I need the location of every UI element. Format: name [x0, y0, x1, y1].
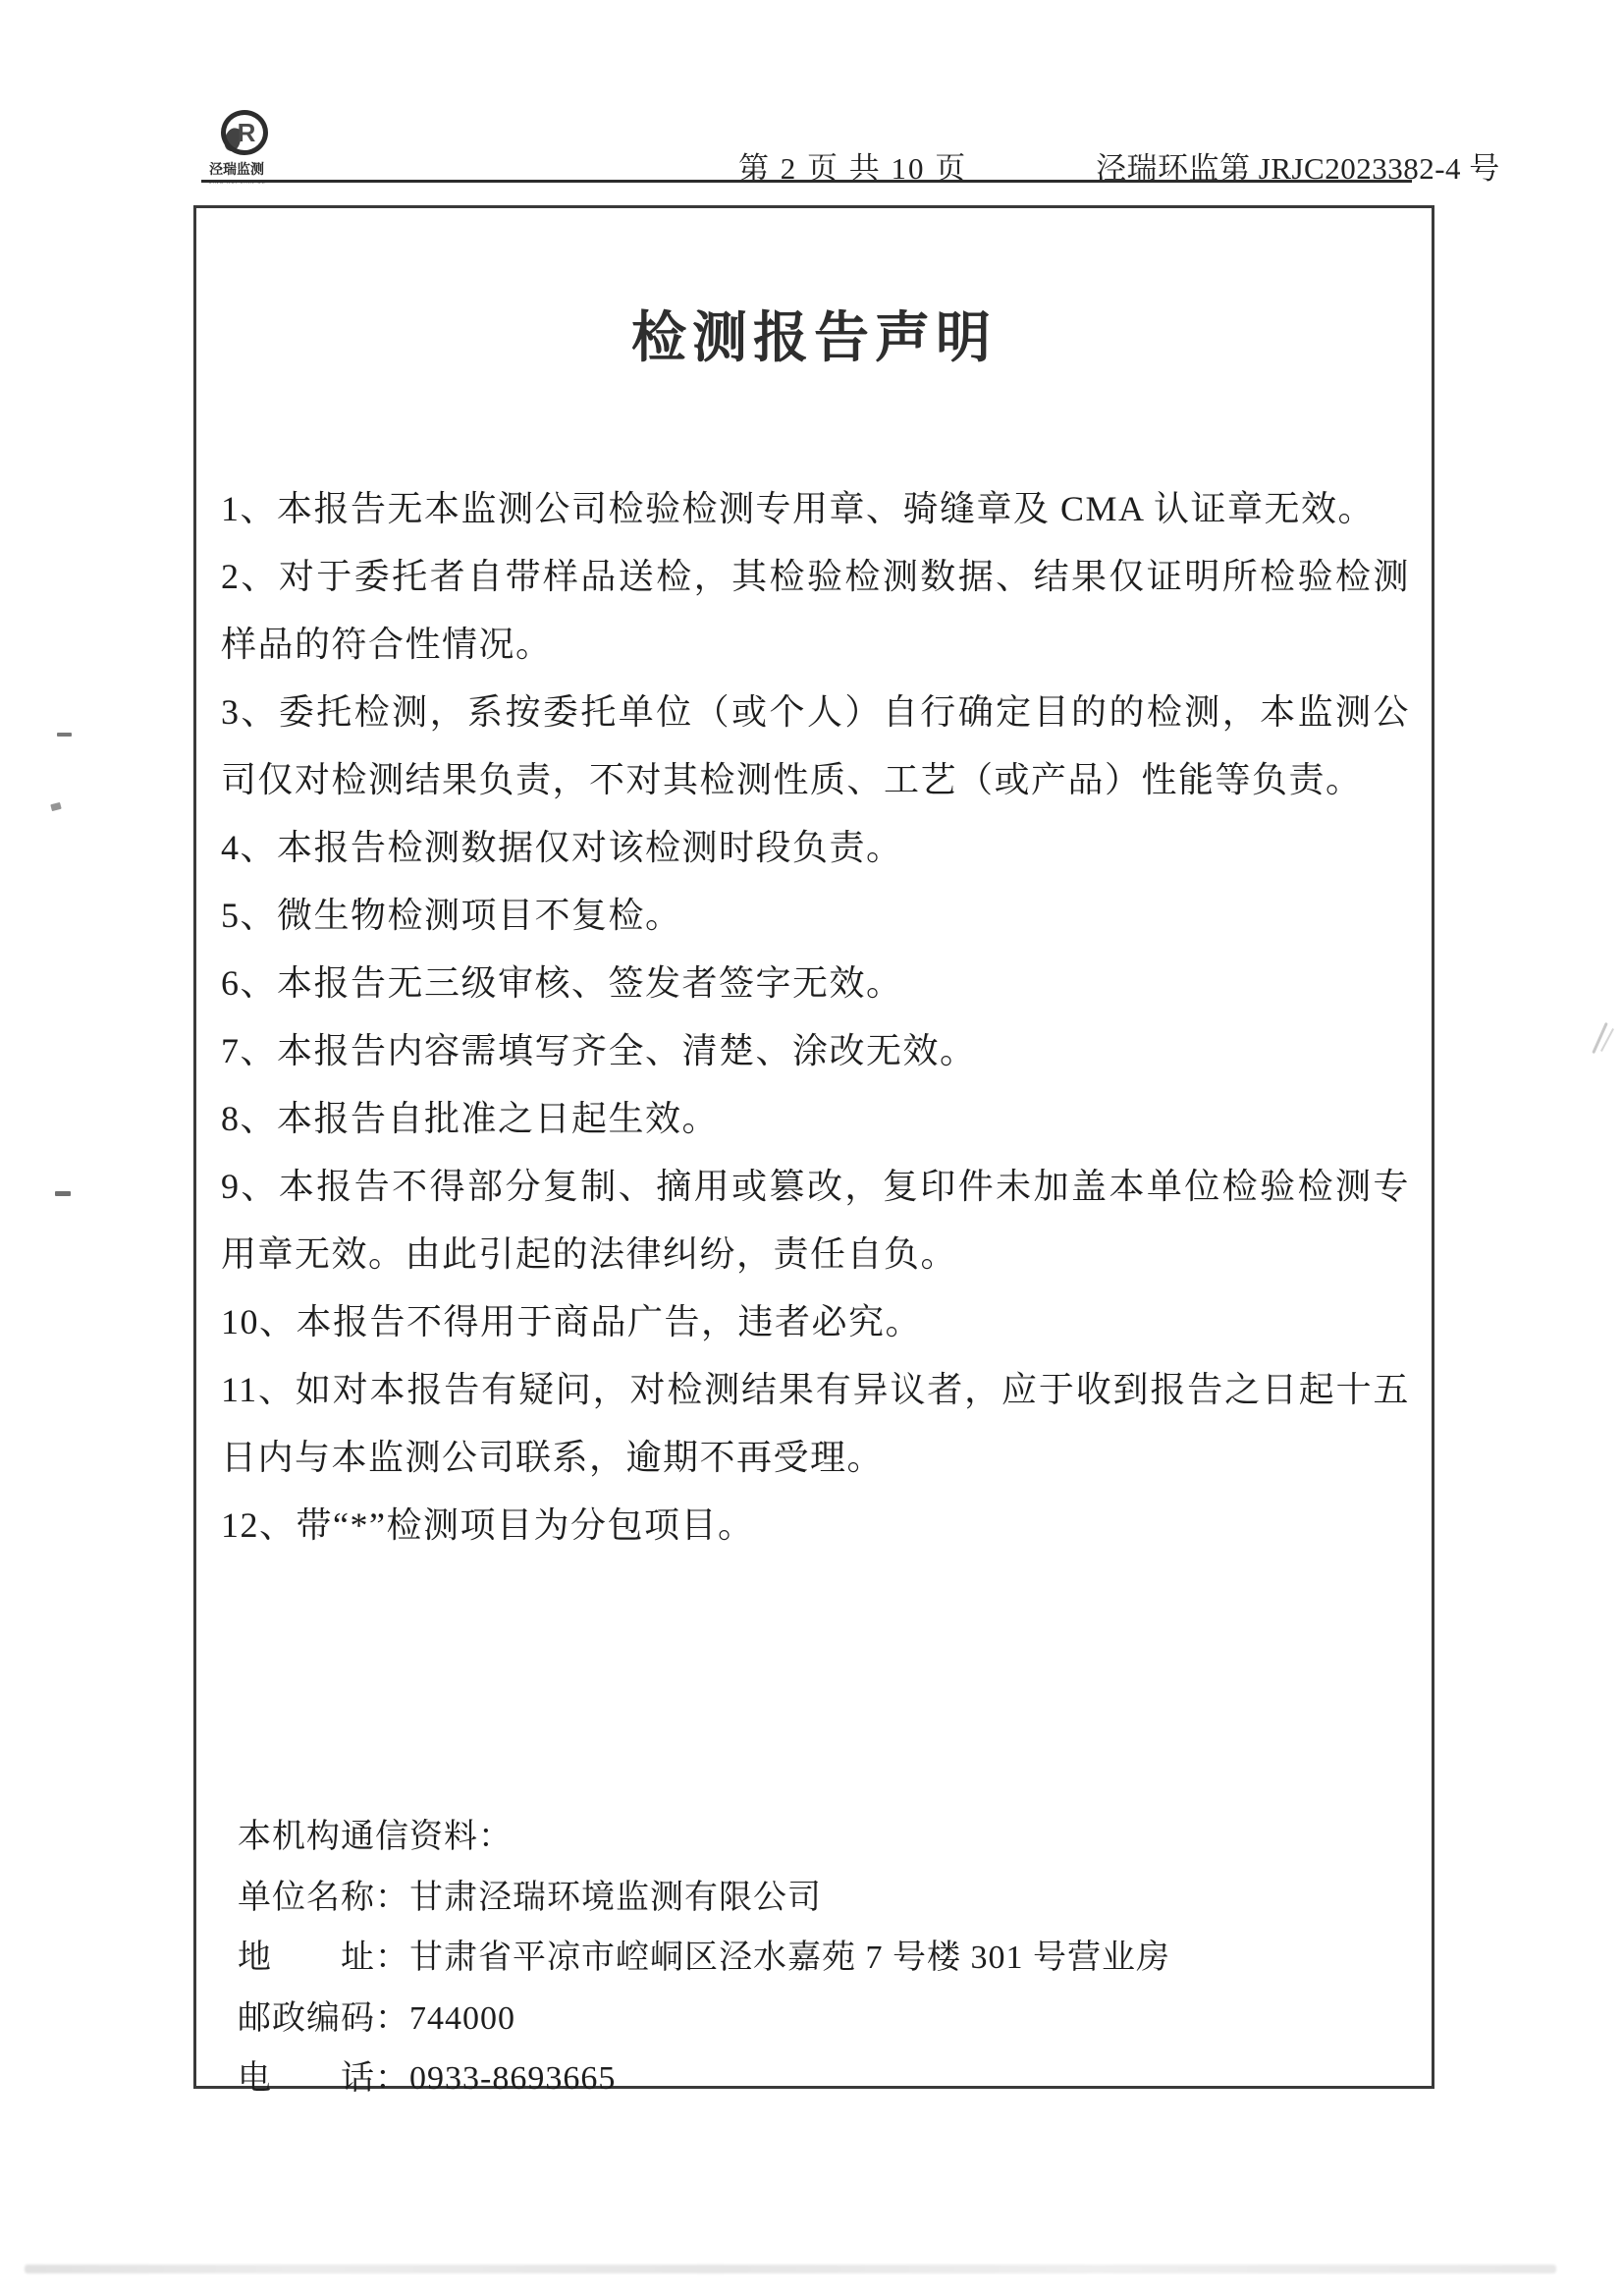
company-logo: R 泾瑞监测 JING RUI JIAN CE — [209, 110, 317, 186]
statement-list: 1、本报告无本监测公司检验检测专用章、骑缝章及 CMA 认证章无效。 2、对于委… — [221, 475, 1410, 1559]
scan-speck — [50, 802, 61, 811]
scanned-report-page: R 泾瑞监测 JING RUI JIAN CE 第 2 页 共 10 页 泾瑞环… — [0, 0, 1623, 2296]
contact-label: 邮政编码： — [238, 2000, 409, 2037]
statement-item: 1、本报告无本监测公司检验检测专用章、骑缝章及 CMA 认证章无效。 — [221, 475, 1410, 543]
contact-label: 地 址： — [238, 1940, 409, 1976]
statement-item: 8、本报告自批准之日起生效。 — [221, 1085, 1410, 1153]
contact-label: 电 话： — [238, 2060, 409, 2097]
logo-name: 泾瑞监测 — [209, 159, 317, 179]
contact-value: 甘肃省平凉市崆峒区泾水嘉苑 7 号楼 301 号营业房 — [409, 1940, 1170, 1976]
contact-line: 单位名称：甘肃泾瑞环境监测有限公司 — [238, 1868, 1373, 1929]
statement-item: 6、本报告无三级审核、签发者签字无效。 — [221, 950, 1410, 1017]
scan-speck — [55, 1191, 71, 1196]
statement-item: 9、本报告不得部分复制、摘用或篡改，复印件未加盖本单位检验检测专用章无效。由此引… — [221, 1153, 1410, 1288]
logo-circle-r-icon: R — [221, 110, 268, 155]
page-title: 检测报告声明 — [196, 295, 1432, 373]
contact-heading: 本机构通信资料： — [238, 1807, 1373, 1868]
declaration-box: 检测报告声明 1、本报告无本监测公司检验检测专用章、骑缝章及 CMA 认证章无效… — [193, 205, 1434, 2089]
logo-letter: R — [238, 120, 256, 145]
statement-item: 10、本报告不得用于商品广告，违者必究。 — [221, 1288, 1410, 1356]
statement-item: 12、带“*”检测项目为分包项目。 — [221, 1492, 1410, 1559]
contact-value: 甘肃泾瑞环境监测有限公司 — [409, 1880, 822, 1916]
contact-line: 电 话：0933-8693665 — [238, 2049, 1373, 2109]
header-divider — [201, 180, 1412, 183]
contact-value: 744000 — [409, 2000, 515, 2037]
statement-item: 3、委托检测，系按委托单位（或个人）自行确定目的的检测，本监测公司仅对检测结果负… — [221, 679, 1410, 814]
contact-value: 0933-8693665 — [409, 2060, 616, 2097]
contact-line: 地 址：甘肃省平凉市崆峒区泾水嘉苑 7 号楼 301 号营业房 — [238, 1928, 1373, 1989]
statement-item: 7、本报告内容需填写齐全、清楚、涂改无效。 — [221, 1017, 1410, 1085]
contact-section: 本机构通信资料： 单位名称：甘肃泾瑞环境监测有限公司 地 址：甘肃省平凉市崆峒区… — [238, 1807, 1373, 2109]
contact-line: 邮政编码：744000 — [238, 1989, 1373, 2050]
statement-item: 4、本报告检测数据仅对该检测时段负责。 — [221, 814, 1410, 882]
scan-edge-smudge — [25, 2265, 1556, 2273]
scan-speck — [57, 733, 72, 737]
contact-label: 单位名称： — [238, 1880, 409, 1916]
statement-item: 2、对于委托者自带样品送检，其检验检测数据、结果仅证明所检验检测样品的符合性情况… — [221, 543, 1410, 679]
statement-item: 5、微生物检测项目不复检。 — [221, 882, 1410, 950]
statement-item: 11、如对本报告有疑问，对检测结果有异议者，应于收到报告之日起十五日内与本监测公… — [221, 1356, 1410, 1492]
